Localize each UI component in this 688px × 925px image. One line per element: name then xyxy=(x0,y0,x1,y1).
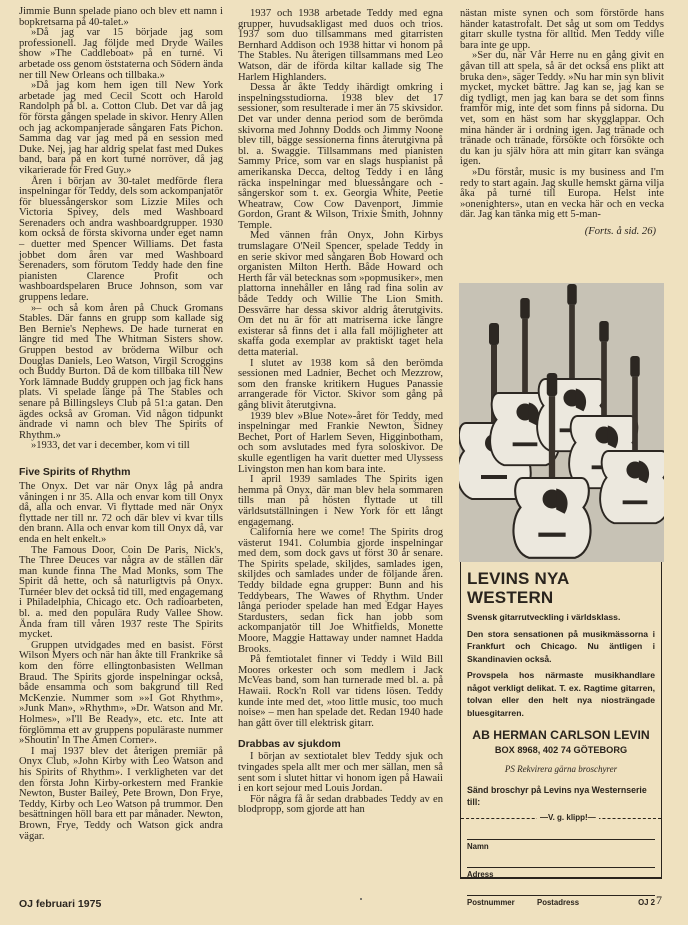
field-name-label: Namn xyxy=(467,842,489,851)
paragraph: Jimmie Bunn spelade piano och blev ett n… xyxy=(19,7,223,28)
paragraph: I maj 1937 blev det återigen premiär på … xyxy=(19,747,223,842)
coupon-cut-line: —V. g. klipp!— xyxy=(461,813,661,823)
guitars-photo xyxy=(459,283,664,562)
cut-label: —V. g. klipp!— xyxy=(537,813,599,822)
issue-label: OJ februari 1975 xyxy=(19,898,101,910)
paragraph: California here we come! The Spirits dro… xyxy=(238,528,443,655)
subheading-five-spirits: Five Spirits of Rhythm xyxy=(19,466,223,478)
continued-note: (Forts. å sid. 26) xyxy=(460,227,664,238)
levin-advertisement: LEVINS NYA WESTERN Svensk gitarrutveckli… xyxy=(460,562,662,879)
paragraph: nästan miste synen och som förstörde han… xyxy=(460,9,664,51)
article-column-1: Jimmie Bunn spelade piano och blev ett n… xyxy=(19,7,223,842)
paragraph: »Då jag kom hem igen till New York arbet… xyxy=(19,81,223,176)
coupon-field-postal[interactable]: PostnummerPostadress OJ 2 xyxy=(467,895,655,907)
col2b-paragraphs: I början av sextiotalet blev Teddy sjuk … xyxy=(238,752,443,816)
ad-ps: PS Rekvirera gärna broschyrer xyxy=(467,764,655,774)
col1-paragraphs: Jimmie Bunn spelade piano och blev ett n… xyxy=(19,7,223,452)
paragraph: »Du förstår, music is my business and I'… xyxy=(460,168,664,221)
ad-address: BOX 8968, 402 74 GÖTEBORG xyxy=(467,745,655,755)
coupon-field-address[interactable]: Adress xyxy=(467,867,655,879)
paragraph: På femtiotalet finner vi Teddy i Wild Bi… xyxy=(238,655,443,729)
paragraph: I början av sextiotalet blev Teddy sjuk … xyxy=(238,752,443,794)
paragraph: Med vännen från Onyx, John Kirbys trumsl… xyxy=(238,231,443,358)
ad-paragraph-1: Den stora sensationen på musikmässorna i… xyxy=(467,628,655,666)
col1b-paragraphs: The Onyx. Det var när Onyx låg på andra … xyxy=(19,482,223,842)
page-number: 7 xyxy=(656,893,662,908)
paragraph: För några få år sedan drabbades Teddy av… xyxy=(238,795,443,816)
paragraph: The Onyx. Det var när Onyx låg på andra … xyxy=(19,482,223,546)
ad-paragraph-2: Provspela hos närmaste musikhandlare någ… xyxy=(467,669,655,719)
paragraph: The Famous Door, Coin De Paris, Nick's, … xyxy=(19,546,223,641)
col2-paragraphs: 1937 och 1938 arbetade Teddy med egna gr… xyxy=(238,9,443,729)
field-address-label: Adress xyxy=(467,870,493,879)
col3-paragraphs: nästan miste synen och som förstörde han… xyxy=(460,9,664,221)
field-postnummer-label: Postnummer xyxy=(467,898,537,907)
paragraph: I april 1939 samlades The Spirits igen h… xyxy=(238,475,443,528)
coupon-field-name[interactable]: Namn xyxy=(467,839,655,851)
field-postadress-label: Postadress xyxy=(537,898,579,907)
paragraph: »– och så kom åren på Chuck Gromans Stab… xyxy=(19,304,223,442)
paragraph: Dessa år åkte Teddy ihärdigt omkring i i… xyxy=(238,83,443,231)
paragraph: »Då jag var 15 började jag som professio… xyxy=(19,28,223,81)
ad-tagline: Svensk gitarrutveckling i världsklass. xyxy=(467,611,655,624)
paragraph: Gruppen utvidgades med en basist. Först … xyxy=(19,641,223,747)
ad-company: AB HERMAN CARLSON LEVIN xyxy=(467,728,655,742)
article-column-2: 1937 och 1938 arbetade Teddy med egna gr… xyxy=(238,9,443,816)
article-column-3: nästan miste synen och som förstörde han… xyxy=(460,9,664,237)
paragraph: 1939 blev »Blue Note»-året för Teddy, me… xyxy=(238,412,443,476)
guitars-illustration-icon xyxy=(459,283,664,562)
paragraph: Åren i början av 30-talet medförde flera… xyxy=(19,177,223,304)
subheading-drabbas: Drabbas av sjukdom xyxy=(238,738,443,750)
paragraph: I slutet av 1938 kom så den berömda sess… xyxy=(238,359,443,412)
paragraph: 1937 och 1938 arbetade Teddy med egna gr… xyxy=(238,9,443,83)
print-speck xyxy=(360,898,362,900)
paragraph: »Ser du, när Vår Herre nu en gång givit … xyxy=(460,51,664,168)
coupon-code: OJ 2 xyxy=(638,898,655,907)
ad-send-text: Sänd broschyr på Levins nya Westernserie… xyxy=(467,784,655,808)
ad-title: LEVINS NYA WESTERN xyxy=(467,569,655,607)
paragraph: »1933, det var i december, kom vi till xyxy=(19,441,223,452)
